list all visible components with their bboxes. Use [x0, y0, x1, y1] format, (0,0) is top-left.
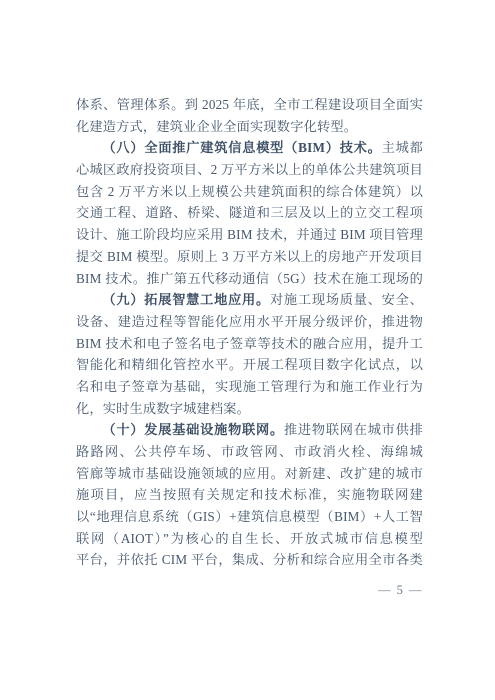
text-segment: 包含 2 万平方米以上规模公共建筑面积的综合体建筑）以及轨道	[76, 184, 423, 203]
section-heading: （八）全面推广建筑信息模型（BIM）技术。	[102, 140, 381, 155]
text-line: 以“地理信息系统（GIS）+建筑信息模型（BIM）+人工智能物	[76, 506, 423, 528]
text-line: （九）拓展智慧工地应用。对施工现场质量、安全、人员、	[76, 289, 423, 311]
text-line: 路路网、公共停车场、市政管网、市政消火栓、海绵城市、综合	[76, 441, 423, 463]
text-line: 包含 2 万平方米以上规模公共建筑面积的综合体建筑）以及轨道	[76, 181, 423, 203]
text-line: （八）全面推广建筑信息模型（BIM）技术。主城都市区中	[76, 137, 423, 159]
body-text: 体系、管理体系。到 2025 年底，全市工程建设项目全面实行数字化建造方式，建筑…	[76, 94, 423, 571]
text-segment: 管廊等城市基础设施领域的应用。对新建、改扩建的城市基础设	[76, 466, 423, 485]
text-segment: 平台，并依托 CIM 平台，集成、分析和综合应用全市各类城市基	[76, 552, 423, 571]
text-line: 交通工程、道路、桥梁、隧道和三层及以上的立交工程项目，在	[76, 202, 423, 224]
text-line: 化，实时生成数字城建档案。	[76, 398, 423, 420]
text-segment: 名和电子签章为基础，实现施工管理行为和施工作业行为的数字	[76, 379, 423, 398]
text-segment: 化，实时生成数字城建档案。	[76, 401, 250, 416]
text-line: （十）发展基础设施物联网。推进物联网在城市供排水、道	[76, 419, 423, 441]
text-segment: 交通工程、道路、桥梁、隧道和三层及以上的立交工程项目，在	[76, 205, 423, 224]
text-line: 管廊等城市基础设施领域的应用。对新建、改扩建的城市基础设	[76, 463, 423, 485]
text-line: 设计、施工阶段均应采用 BIM 技术，并通过 BIM 项目管理平台	[76, 224, 423, 246]
text-line: 名和电子签章为基础，实现施工管理行为和施工作业行为的数字	[76, 376, 423, 398]
text-segment: 联网（AIOT）”为核心的自生长、开放式城市信息模型（CIM）	[76, 531, 423, 550]
text-segment: 设计、施工阶段均应采用 BIM 技术，并通过 BIM 项目管理平台	[76, 227, 423, 246]
text-line: 智能化和精细化管控水平。开展工程项目数字化试点，以电子签	[76, 354, 423, 376]
text-line: 设备、建造过程等智能化应用水平开展分级评价，推进物联网、	[76, 311, 423, 333]
section-heading: （九）拓展智慧工地应用。	[102, 292, 270, 307]
text-line: 联网（AIOT）”为核心的自生长、开放式城市信息模型（CIM）	[76, 528, 423, 550]
text-segment: 提交 BIM 模型。原则上 3 万平方米以上的房地产开发项目宜采用	[76, 249, 423, 268]
text-segment: 路路网、公共停车场、市政管网、市政消火栓、海绵城市、综合	[76, 444, 423, 463]
text-line: 平台，并依托 CIM 平台，集成、分析和综合应用全市各类城市基	[76, 549, 423, 571]
text-segment: 化建造方式，建筑业企业全面实现数字化转型。	[76, 119, 357, 134]
text-line: 施项目，应当按照有关规定和技术标准，实施物联网建设。打造	[76, 484, 423, 506]
text-segment: 设备、建造过程等智能化应用水平开展分级评价，推进物联网、	[76, 314, 423, 333]
text-segment: 以“地理信息系统（GIS）+建筑信息模型（BIM）+人工智能物	[76, 509, 423, 528]
text-line: BIM 技术。推广第五代移动通信（5G）技术在施工现场的应用。	[76, 268, 423, 290]
text-segment: 施项目，应当按照有关规定和技术标准，实施物联网建设。打造	[76, 487, 423, 506]
section-heading: （十）发展基础设施物联网。	[102, 422, 284, 437]
text-segment: 智能化和精细化管控水平。开展工程项目数字化试点，以电子签	[76, 357, 423, 376]
page-number: — 5 —	[378, 583, 423, 598]
text-line: 心城区政府投资项目、2 万平方米以上的单体公共建筑项目（或	[76, 159, 423, 181]
text-line: 提交 BIM 模型。原则上 3 万平方米以上的房地产开发项目宜采用	[76, 246, 423, 268]
text-segment: BIM 技术和电子签名电子签章等技术的融合应用，提升工程项目	[76, 336, 423, 355]
text-segment: 体系、管理体系。到 2025 年底，全市工程建设项目全面实行数字	[76, 97, 423, 116]
text-line: 化建造方式，建筑业企业全面实现数字化转型。	[76, 116, 423, 138]
text-line: BIM 技术和电子签名电子签章等技术的融合应用，提升工程项目	[76, 333, 423, 355]
text-line: 体系、管理体系。到 2025 年底，全市工程建设项目全面实行数字	[76, 94, 423, 116]
text-segment: BIM 技术。推广第五代移动通信（5G）技术在施工现场的应用。	[76, 271, 423, 290]
document-page: 体系、管理体系。到 2025 年底，全市工程建设项目全面实行数字化建造方式，建筑…	[0, 0, 495, 700]
text-segment: 心城区政府投资项目、2 万平方米以上的单体公共建筑项目（或	[76, 162, 423, 181]
